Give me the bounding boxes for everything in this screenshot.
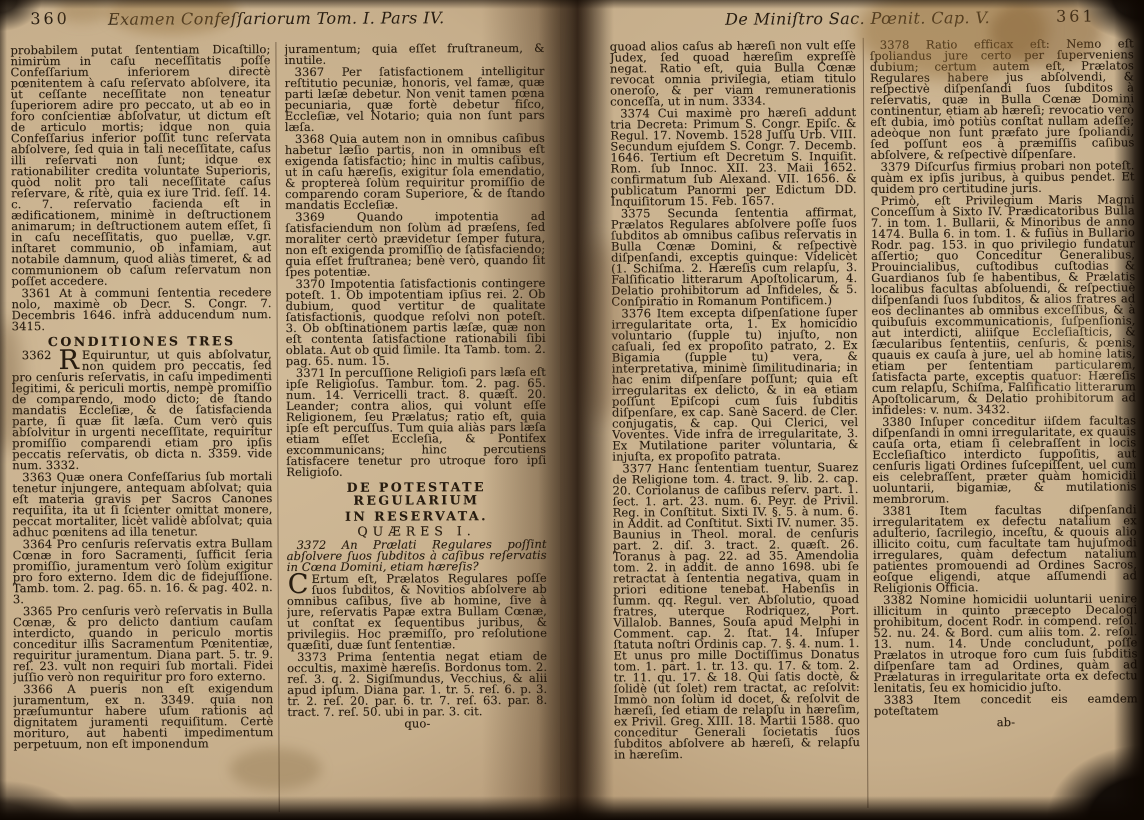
column-divider-rule	[275, 42, 279, 812]
text-paragraph: 3366 A pueris non eſt exigendum jurament…	[13, 683, 273, 750]
text-paragraph: 3375 Secunda ſententia affirmat, Prælato…	[611, 207, 858, 308]
section-heading: CONDITIONES TRES	[12, 334, 272, 348]
text-paragraph: 3370 Impotentia ſatisfactionis continger…	[285, 278, 545, 367]
running-title-right: De Miniſtro Sac. Pœnit. Cap. V.	[614, 7, 1102, 29]
text-paragraph: 3381 Item facultas diſpenſandi irregular…	[873, 504, 1138, 594]
catchword: quo-	[287, 718, 547, 730]
text-paragraph: 3382 Nomine homicidii uoluntarii uenire …	[873, 593, 1138, 694]
drop-cap-initial: R	[58, 350, 79, 371]
paragraph-with-initial: CErtum eſt, Prælatos Regulares poſſe ſuo…	[287, 573, 547, 651]
column-divider-rule	[863, 38, 869, 808]
book-spread: 360 Examen Confeſſariorum Tom. I. Pars I…	[0, 0, 1144, 820]
page-number-right: 361	[1056, 7, 1096, 26]
quaestio-paragraph: 3372 An Prælati Regulares poſſint abſolv…	[287, 539, 547, 573]
running-title-left: Examen Confeſſariorum Tom. I. Pars IV.	[8, 8, 544, 29]
right-page-column-1: quoad alios caſus ab hæreſi non vult eſſ…	[610, 40, 861, 811]
text-paragraph: 3373 Prima ſententia negat etiam de occu…	[287, 651, 547, 718]
text-paragraph: probabilem putat ſententiam Dicaſtillo; …	[10, 44, 271, 287]
text-paragraph: quoad alios caſus ab hæreſi non vult eſſ…	[610, 40, 856, 108]
text-paragraph: 3371 In percuſſione Religioſi pars læſa …	[286, 367, 546, 478]
text-paragraph: 3379 Diſcurſus firmius probari non poteſ…	[870, 160, 1134, 195]
text-paragraph: 3383 Item concedit eis eamdem poteſtatem	[874, 693, 1138, 717]
section-heading: QUÆRES I.	[287, 524, 547, 538]
right-page-column-2: 3378 Ratio efficax eſt: Nemo eſt ſpolian…	[870, 38, 1139, 810]
left-page-column-2: juramentum; quia eſſet fruſtraneum, & in…	[284, 43, 547, 814]
left-page-column-1: probabilem putat ſententiam Dicaſtillo; …	[10, 44, 273, 815]
paragraph-number: 3362	[22, 350, 52, 361]
section-heading: DE POTESTATE REGULARIUM	[286, 480, 546, 507]
text-paragraph: 3380 Inſuper conceditur iiſdem facultas …	[872, 415, 1137, 505]
text-paragraph: Primò, eſt Privilegium Maris Magni Conce…	[871, 194, 1136, 416]
text-paragraph: 3361 At à communi ſententia recedere nol…	[11, 287, 271, 332]
text-paragraph: 3369 Quando impotentia ad ſatisfaciendum…	[285, 211, 545, 278]
text-paragraph: 3363 Quæ onera Confeſſarius ſub mortali …	[12, 471, 272, 538]
text-paragraph: 3365 Pro cenſuris verò reſervatis in Bul…	[13, 605, 273, 683]
text-paragraph: 3374 Cui maximè pro hæreſi addunt tria D…	[610, 107, 857, 208]
text-paragraph: 3368 Quia autem non in omnibus caſibus h…	[285, 133, 545, 211]
paragraph-with-initial: 3362REquiruntur, ut quis abſolvatur, non…	[12, 349, 273, 471]
text-paragraph: 3364 Pro cenſuris reſervatis extra Bulla…	[13, 538, 273, 605]
text-paragraph: 3367 Per ſatisfactionem intelligitur reſ…	[285, 66, 545, 133]
text-paragraph: 3376 Item excepta diſpenſatione ſuper ir…	[611, 307, 858, 462]
page-left: 360 Examen Confeſſariorum Tom. I. Pars I…	[0, 0, 560, 820]
text-paragraph: juramentum; quia eſſet fruſtraneum, & in…	[284, 43, 544, 66]
text-paragraph: 3377 Hanc ſententiam tuentur, Suarez de …	[612, 462, 860, 760]
drop-cap-initial: C	[288, 574, 309, 595]
section-heading: IN RESERVATA.	[286, 509, 546, 523]
text-paragraph: 3378 Ratio efficax eſt: Nemo eſt ſpolian…	[870, 38, 1135, 161]
page-right: De Miniſtro Sac. Pœnit. Cap. V. 361 quoa…	[560, 0, 1144, 820]
catchword: ab-	[874, 716, 1138, 729]
